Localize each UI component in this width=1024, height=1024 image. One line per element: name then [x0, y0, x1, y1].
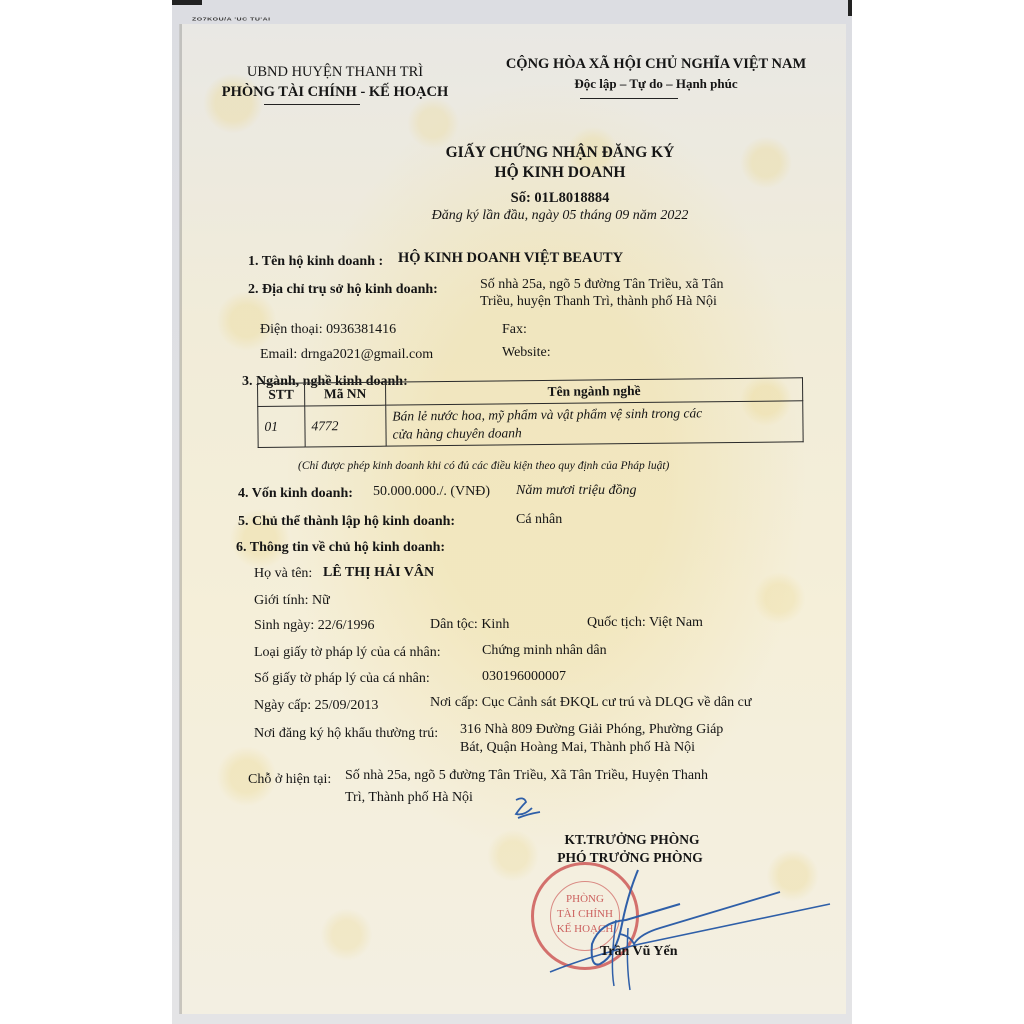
signer-name: Trần Vũ Yến: [600, 944, 678, 960]
current-address-line1: Số nhà 25a, ngõ 5 đường Tân Triều, Xã Tâ…: [345, 768, 708, 784]
initials-scribble-icon: [510, 794, 550, 824]
address-label: 2. Địa chỉ trụ sở hộ kinh doanh:: [248, 282, 438, 298]
permanent-address-line1: 316 Nhà 809 Đường Giải Phóng, Phường Giá…: [460, 722, 723, 738]
fax: Fax:: [502, 322, 527, 338]
current-address-label: Chỗ ở hiện tại:: [248, 772, 331, 788]
table-cell-name-line2: cửa hàng chuyên doanh: [392, 421, 796, 443]
country-name: CỘNG HÒA XÃ HỘI CHỦ NGHĨA VIỆT NAM: [476, 56, 836, 73]
id-number-value: 030196000007: [482, 669, 566, 685]
owner-nationality: Quốc tịch: Việt Nam: [587, 615, 703, 631]
issuer-authority: UBND HUYỆN THANH TRÌ: [170, 64, 500, 81]
owner-name-label: Họ và tên:: [254, 566, 312, 582]
permanent-address-label: Nơi đăng ký hộ khẩu thường trú:: [254, 726, 438, 742]
id-issue-date: Ngày cấp: 25/09/2013: [254, 698, 378, 714]
id-type-value: Chứng minh nhân dân: [482, 643, 607, 659]
issuer-department: PHÒNG TÀI CHÍNH - KẾ HOẠCH: [170, 84, 500, 101]
capital-label: 4. Vốn kinh doanh:: [238, 486, 353, 502]
website: Website:: [502, 345, 551, 361]
table-header-code: Mã NN: [305, 382, 386, 406]
email: Email: drnga2021@gmail.com: [260, 347, 433, 363]
id-type-label: Loại giấy tờ pháp lý của cá nhân:: [254, 645, 441, 661]
handwritten-signature-icon: [530, 864, 850, 1024]
issuer-underline: [264, 104, 360, 105]
legal-note: (Chỉ được phép kinh doanh khi có đủ các …: [298, 460, 669, 472]
motto-underline: [580, 98, 678, 99]
owner-gender: Giới tính: Nữ: [254, 593, 330, 609]
address-line2: Triều, huyện Thanh Trì, thành phố Hà Nội: [480, 294, 717, 310]
owner-ethnicity: Dân tộc: Kinh: [430, 617, 509, 633]
document-title-line1: GIẤY CHỨNG NHẬN ĐĂNG KÝ: [180, 144, 940, 162]
permanent-address-line2: Bát, Quận Hoàng Mai, Thành phố Hà Nội: [460, 740, 695, 756]
current-address-line2: Trì, Thành phố Hà Nội: [345, 790, 473, 806]
id-issue-place: Nơi cấp: Cục Cảnh sát ĐKQL cư trú và DLQ…: [430, 695, 751, 711]
certificate-number: Số: 01L8018884: [180, 190, 940, 207]
back-sheet-text: ZO7KOU/A 'UC TU'AI: [192, 17, 271, 22]
capital-amount-words: Năm mươi triệu đồng: [516, 483, 637, 499]
founder-type-value: Cá nhân: [516, 512, 562, 528]
signature-title-line1: KT.TRƯỞNG PHÒNG: [532, 832, 732, 848]
capital-amount: 50.000.000./. (VNĐ): [373, 484, 490, 500]
founder-type-label: 5. Chủ thể thành lập hộ kinh doanh:: [238, 514, 455, 530]
table-cell-name: Bán lẻ nước hoa, mỹ phẩm và vật phẩm vệ …: [386, 401, 803, 446]
table-cell-stt: 01: [258, 406, 305, 447]
business-name-label: 1. Tên hộ kinh doanh :: [248, 254, 383, 270]
id-number-label: Số giấy tờ pháp lý của cá nhân:: [254, 671, 430, 687]
phone: Điện thoại: 0936381416: [260, 322, 396, 338]
owner-dob: Sinh ngày: 22/6/1996: [254, 618, 375, 634]
owner-info-label: 6. Thông tin về chủ hộ kinh doanh:: [236, 540, 445, 556]
table-row: 01 4772 Bán lẻ nước hoa, mỹ phẩm và vật …: [258, 401, 803, 448]
business-lines-table: STT Mã NN Tên ngành nghề 01 4772 Bán lẻ …: [257, 377, 804, 448]
table-cell-code: 4772: [305, 405, 386, 447]
address-line1: Số nhà 25a, ngõ 5 đường Tân Triều, xã Tâ…: [480, 277, 724, 293]
document-title-line2: HỘ KINH DOANH: [180, 164, 940, 182]
certificate-paper: UBND HUYỆN THANH TRÌ PHÒNG TÀI CHÍNH - K…: [180, 24, 846, 1014]
national-motto: Độc lập – Tự do – Hạnh phúc: [476, 76, 836, 92]
back-sheet-edge-right: [848, 0, 852, 16]
table-header-stt: STT: [258, 383, 305, 406]
owner-name-value: LÊ THỊ HẢI VÂN: [323, 565, 434, 581]
business-name-value: HỘ KINH DOANH VIỆT BEAUTY: [398, 250, 623, 267]
back-sheet-edge: [172, 0, 202, 5]
first-registration-date: Đăng ký lần đầu, ngày 05 tháng 09 năm 20…: [180, 208, 940, 224]
